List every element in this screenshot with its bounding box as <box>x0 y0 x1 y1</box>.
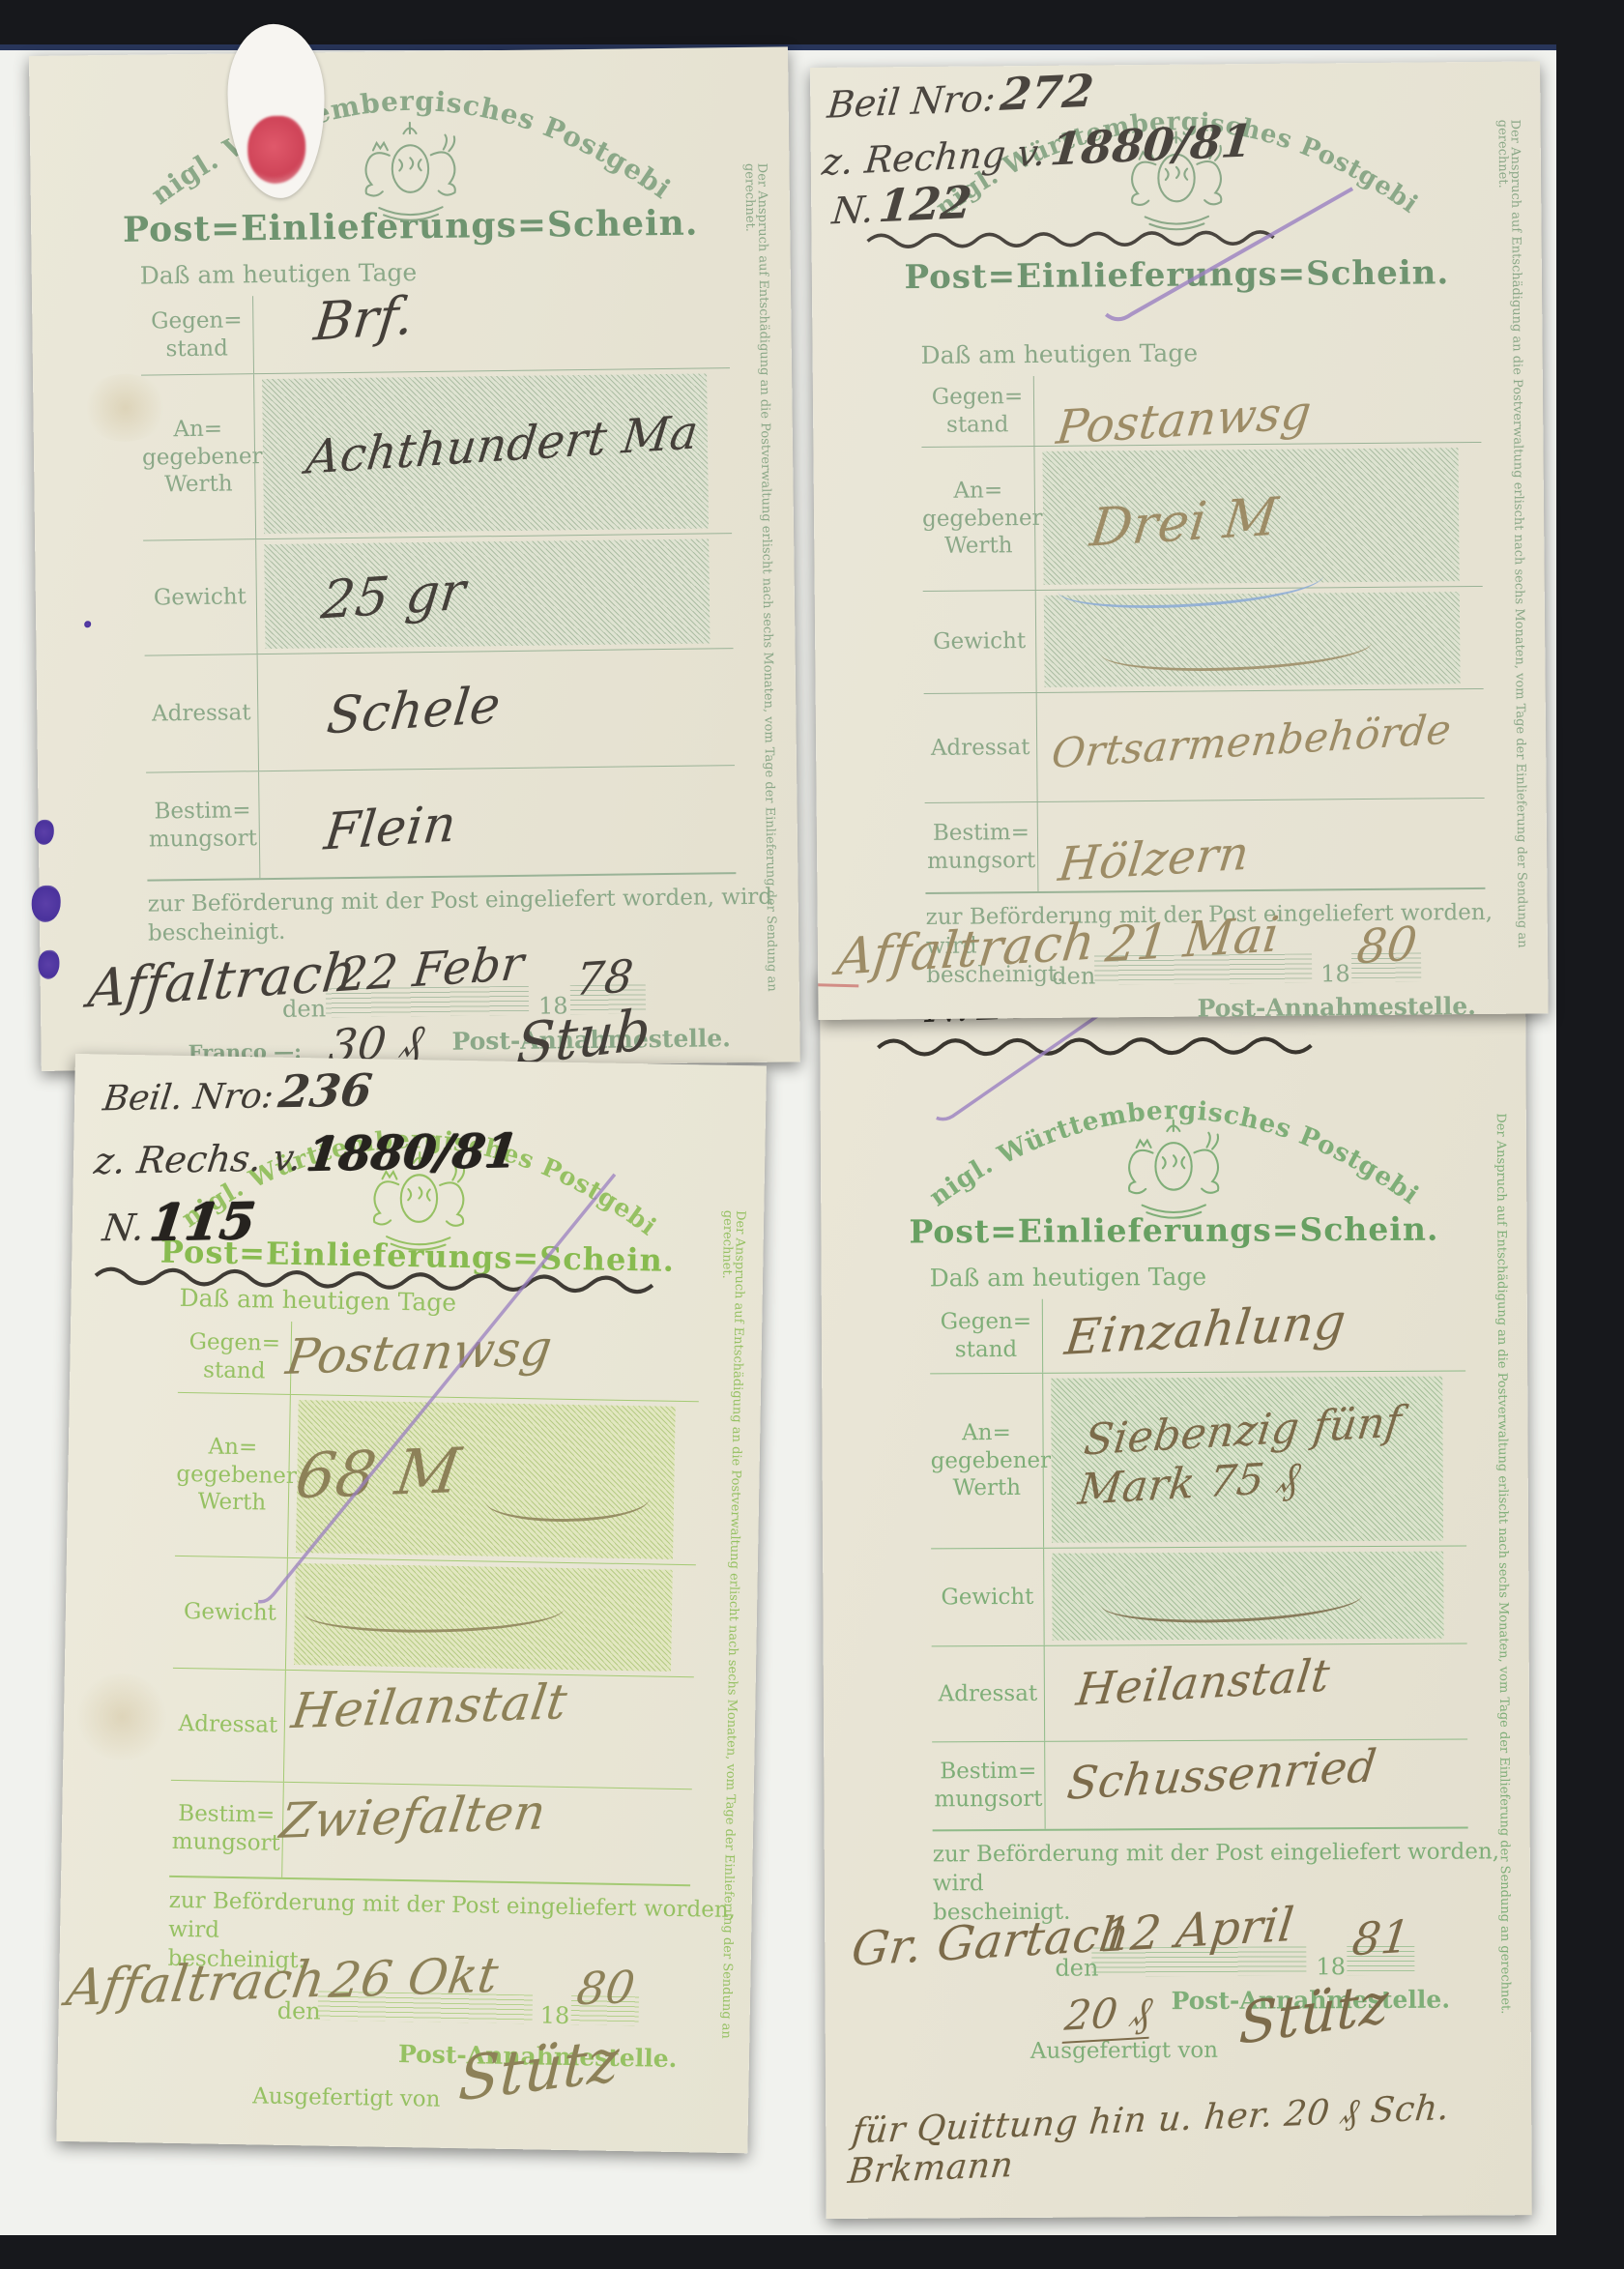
side-note: Der Anspruch auf Entschädigung an die Po… <box>1495 120 1528 971</box>
row-label: Gegen= stand <box>178 1328 291 1386</box>
note-label: z. Rechs. v. <box>92 1136 304 1182</box>
handwritten-entry-adressat: Heilanstalt <box>288 1674 570 1740</box>
handwritten-entry-werth: Siebenzig fünf Mark 75 ₰ <box>1076 1398 1405 1515</box>
handwritten-bottom-note: für Quittung hin u. her. 20 ₰ Sch. Brkma… <box>846 2084 1535 2192</box>
handwritten-year: 80 <box>1354 917 1420 975</box>
note-value: 1880/81 <box>1048 114 1255 175</box>
handwritten-date: 21 Mai <box>1103 907 1283 974</box>
handwritten-place: Affaltrach <box>63 1952 329 2019</box>
clerk-signature: Stütz <box>1238 1970 1390 2057</box>
receipt-bottom-left: Beil. Nro: 236 z. Rechs. v. 1880/81 N. 1… <box>56 1054 767 2153</box>
row-label: Bestim= mungsort <box>170 1800 283 1858</box>
handwritten-year: 81 <box>1349 1910 1413 1965</box>
row-label: Bestim= mungsort <box>932 1758 1044 1814</box>
note-line: Beil. Nro: 236 <box>101 1063 375 1120</box>
coat-of-arms <box>336 118 482 228</box>
receipt-top-left: Königl. Württembergisches Postgebiet. Po… <box>29 46 800 1071</box>
row-label: Adressat <box>924 734 1036 763</box>
annahmestelle-label: Post-Annahmestelle. <box>1197 992 1476 1023</box>
wavy-underline <box>867 230 1283 249</box>
note-label: z. Rechng v. <box>821 131 1048 183</box>
note-value: 272 <box>999 65 1096 121</box>
note-value: 1880/81 <box>304 1123 521 1181</box>
row-label: Gewicht <box>931 1583 1043 1611</box>
row-label: Adressat <box>172 1710 284 1740</box>
row-label: An= gegebener Werth <box>176 1433 289 1518</box>
photo-of-postal-receipts: { "colors": { "background": "#17181c", "… <box>0 0 1624 2269</box>
ausgefertigt-label: Ausgefertigt von <box>1030 2038 1218 2064</box>
note-label: N. <box>830 188 876 232</box>
note-line: N. 122 <box>830 176 974 235</box>
intro-line: Daß am heutigen Tage <box>140 253 791 289</box>
handwritten-entry-adressat: Schele <box>324 677 504 746</box>
paper-stain <box>72 1673 171 1761</box>
ausgefertigt-label: Ausgefertigt von <box>252 2083 441 2111</box>
year-prefix: 18 <box>539 2002 569 2030</box>
row-label: Bestim= mungsort <box>925 819 1037 876</box>
note-value: 122 <box>877 176 974 232</box>
year-prefix: 18 <box>1320 960 1350 987</box>
handwritten-entry-bestimmungsort: Flein <box>322 796 459 862</box>
ink-blot <box>38 950 59 979</box>
handwritten-date: 12 April <box>1098 1899 1297 1964</box>
row-label: Gewicht <box>144 583 256 612</box>
row-label: Gegen= stand <box>930 1308 1042 1364</box>
note-value: 115 <box>146 1191 258 1252</box>
note-value: 236 <box>275 1063 375 1118</box>
handwritten-date: 26 Okt <box>326 1948 502 2010</box>
receipt-top-right: Beil Nro: 272 z. Rechng v. 1880/81 N. 12… <box>810 61 1549 1020</box>
row-label: Adressat <box>145 699 257 728</box>
row-label: Gegen= stand <box>140 306 253 364</box>
handwritten-entry-gegenstand: Brf. <box>311 285 417 352</box>
handwritten-entry-werth: Drei M <box>1087 486 1282 558</box>
row-label: An= gegebener Werth <box>922 477 1035 561</box>
ink-blot <box>31 886 60 922</box>
handwritten-year: 80 <box>573 1962 638 2015</box>
handwritten-year: 78 <box>573 950 636 1005</box>
note-label: N. <box>101 1206 147 1249</box>
red-pencil-mark <box>818 983 858 987</box>
row-label: Gewicht <box>174 1598 286 1628</box>
table-row-gegenstand: Gegen= stand <box>140 290 730 375</box>
note-line: N. 115 <box>100 1191 258 1253</box>
handwritten-entry-gewicht: 25 gr <box>318 561 468 630</box>
clerk-signature: Stütz <box>457 2024 622 2114</box>
row-label: An= gegebener Werth <box>930 1419 1042 1503</box>
handwritten-fee: 20 ₰ <box>1062 1988 1155 2044</box>
form-table: Gegen= stand An= gegebener Werth Gewicht… <box>921 372 1486 894</box>
row-label: Bestim= mungsort <box>146 797 259 854</box>
row-label: Gegen= stand <box>921 383 1033 440</box>
row-label: Adressat <box>932 1679 1044 1707</box>
note-line: z. Rechs. v. 1880/81 <box>92 1123 521 1185</box>
handwritten-entry-gegenstand: Postanwsg <box>282 1321 555 1385</box>
ink-blot <box>35 820 54 845</box>
intro-line: Daß am heutigen Tage <box>920 335 1542 369</box>
form-title: Post=Einlieferungs=Schein. <box>812 252 1542 298</box>
row-label: Gewicht <box>923 627 1035 656</box>
note-label: Beil. Nro: <box>101 1076 275 1119</box>
wavy-underline <box>878 1036 1332 1056</box>
note-label: Beil Nro: <box>826 76 998 127</box>
coat-of-arms <box>1101 1117 1247 1226</box>
ink-dot <box>84 621 91 627</box>
handwritten-entry-bestimmungsort: Zwiefalten <box>276 1785 549 1849</box>
receipt-bottom-right: N. 144 Königl. Württembergisches Postgeb… <box>820 968 1532 2219</box>
handwritten-entry-werth: 68 M <box>291 1437 465 1514</box>
intro-line: Daß am heutigen Tage <box>930 1261 1527 1292</box>
